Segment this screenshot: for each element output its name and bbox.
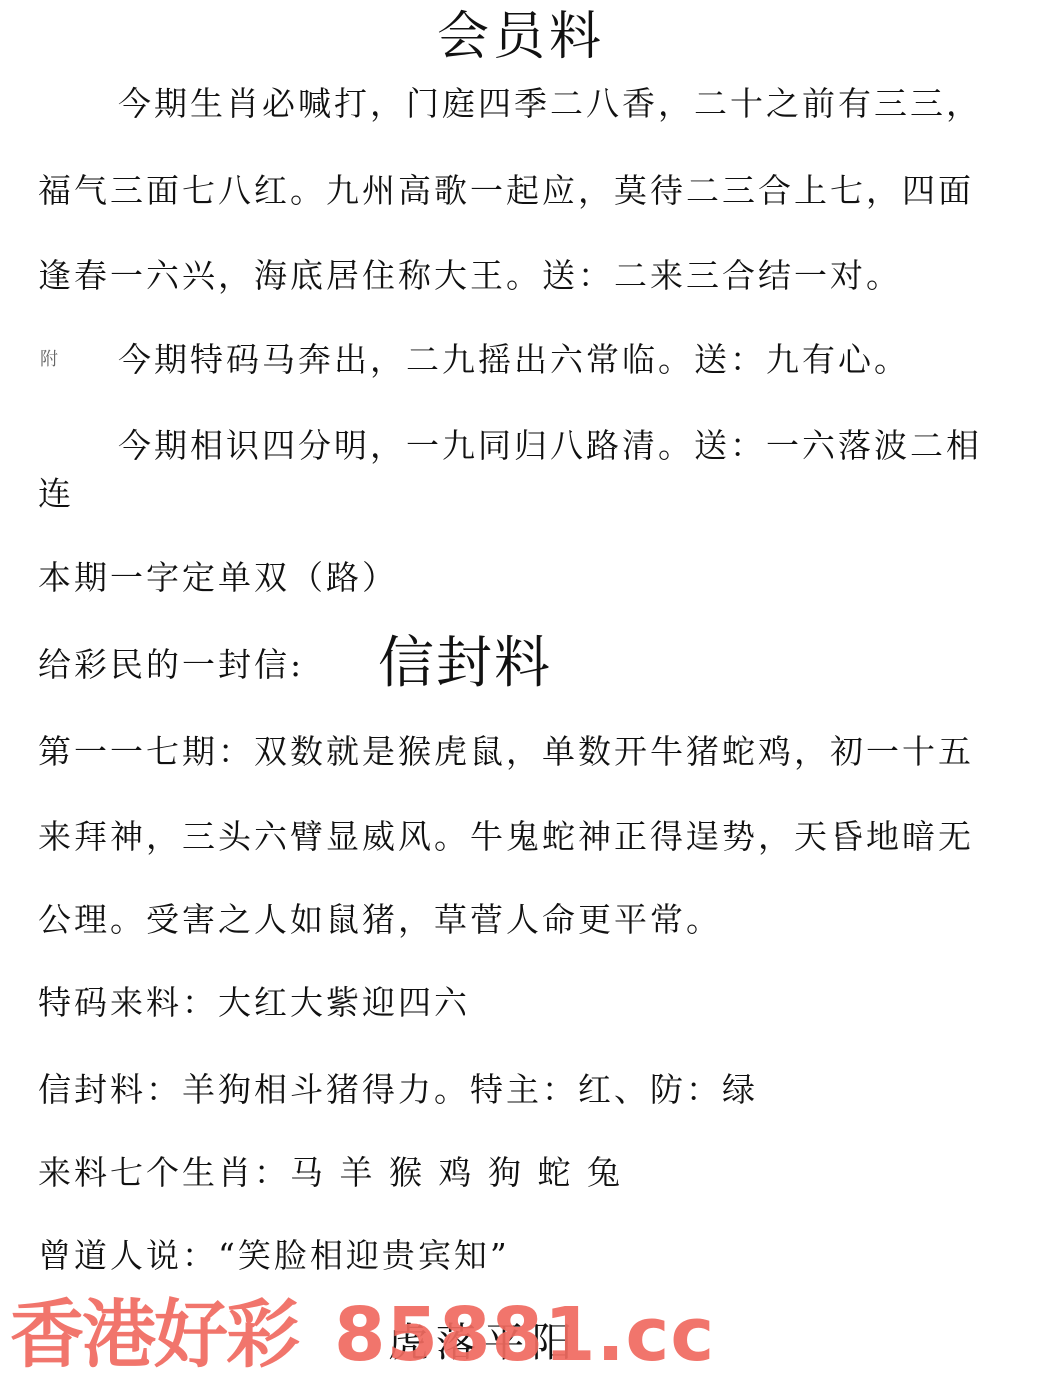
paragraph-3-line-1: 今期相识四分明，一九同归八路清。送：一六落波二相 bbox=[118, 426, 982, 466]
period-line-2: 来拜神，三头六臂显威风。牛鬼蛇神正得逞势，天昏地暗无 bbox=[38, 817, 974, 857]
paragraph-2-line-1: 今期特码马奔出，二九摇出六常临。送：九有心。 bbox=[118, 340, 910, 380]
paragraph-1-line-2: 福气三面七八红。九州高歌一起应，莫待二三合上七，四面 bbox=[38, 171, 974, 211]
paragraph-3-line-2: 连 bbox=[38, 474, 74, 514]
paragraph-1-line-1: 今期生肖必喊打，门庭四季二八香，二十之前有三三， bbox=[118, 84, 982, 124]
special-code-line: 特码来料：大红大紫迎四六 bbox=[38, 983, 470, 1023]
site-watermark: 香港好彩85881.cc bbox=[10, 1290, 715, 1380]
margin-scan-mark: 附 bbox=[40, 345, 58, 371]
letter-heading: 信封料 bbox=[378, 634, 552, 694]
paragraph-1-line-3: 逢春一六兴，海底居住称大王。送：二来三合结一对。 bbox=[38, 256, 902, 296]
scanned-document-page: 会员料 今期生肖必喊打，门庭四季二八香，二十之前有三三， 福气三面七八红。九州高… bbox=[0, 0, 1042, 1388]
zodiac-line: 来料七个生肖：马 羊 猴 鸡 狗 蛇 兔 bbox=[38, 1153, 623, 1193]
period-line-1: 第一一七期：双数就是猴虎鼠，单数开牛猪蛇鸡，初一十五 bbox=[38, 732, 974, 772]
document-title: 会员料 bbox=[0, 4, 1042, 70]
watermark-domain: 85881.cc bbox=[334, 1292, 715, 1378]
watermark-chinese: 香港好彩 bbox=[10, 1292, 298, 1378]
single-digit-odd-even-line: 本期一字定单双（路） bbox=[38, 558, 398, 598]
letter-label: 给彩民的一封信: bbox=[38, 645, 304, 685]
period-line-3: 公理。受害之人如鼠猪，草菅人命更平常。 bbox=[38, 900, 722, 940]
envelope-line: 信封料：羊狗相斗猪得力。特主：红、防：绿 bbox=[38, 1070, 758, 1110]
taoist-quote-line: 曾道人说：“笑脸相迎贵宾知” bbox=[38, 1236, 510, 1276]
